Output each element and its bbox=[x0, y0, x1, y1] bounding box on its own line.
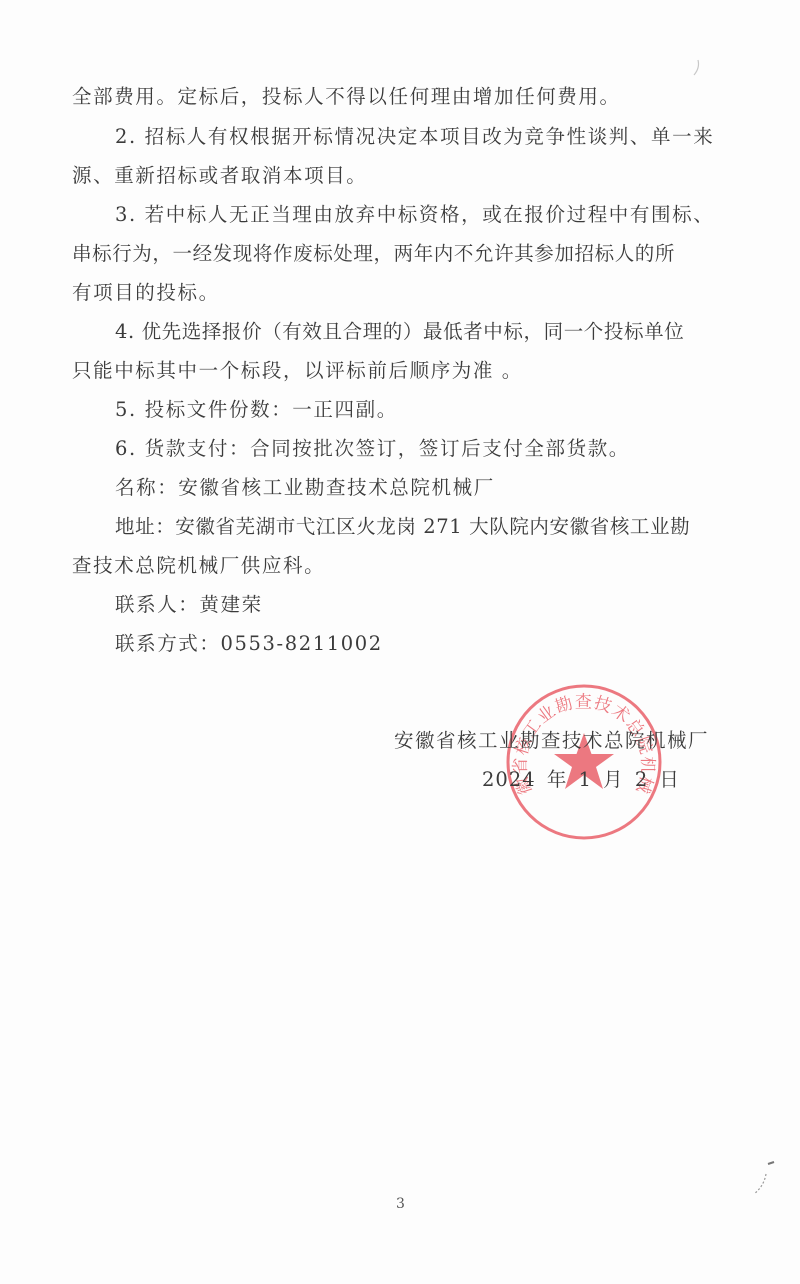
signature-date: 2024 年 1 月 2 日 bbox=[482, 768, 680, 792]
body-line-1: 全部费用。定标后，投标人不得以任何理由增加任何费用。 bbox=[72, 85, 621, 109]
clause-4-line-1: 4. 优先选择报价（有效且合理的）最低者中标，同一个投标单位 bbox=[115, 320, 684, 344]
clause-5: 5. 投标文件份数：一正四副。 bbox=[115, 398, 398, 422]
document-page: 全部费用。定标后，投标人不得以任何理由增加任何费用。 2. 招标人有权根据开标情… bbox=[0, 0, 800, 1284]
address-line-1: 地址：安徽省芜湖市弋江区火龙岗 271 大队院内安徽省核工业勘 bbox=[115, 515, 690, 539]
contact-phone-line: 联系方式：0553-8211002 bbox=[115, 632, 383, 656]
clause-2-line-1: 2. 招标人有权根据开标情况决定本项目改为竞争性谈判、单一来 bbox=[115, 125, 714, 149]
contact-person-line: 联系人：黄建荣 bbox=[115, 593, 263, 617]
clause-2-line-2: 源、重新招标或者取消本项目。 bbox=[72, 164, 367, 188]
address-line-2: 查技术总院机械厂供应科。 bbox=[72, 554, 325, 578]
clause-3-line-3: 有项目的投标。 bbox=[72, 281, 220, 305]
clause-3-line-2: 串标行为，一经发现将作废标处理，两年内不允许其参加招标人的所 bbox=[72, 242, 675, 266]
scan-mark-top bbox=[690, 58, 702, 78]
clause-6: 6. 货款支付：合同按批次签订，签订后支付全部货款。 bbox=[115, 437, 630, 461]
clause-3-line-1: 3. 若中标人无正当理由放弃中标资格，或在报价过程中有围标、 bbox=[115, 203, 714, 227]
clause-4-line-2: 只能中标其中一个标段，以评标前后顺序为准 。 bbox=[72, 359, 523, 383]
company-name-line: 名称：安徽省核工业勘查技术总院机械厂 bbox=[115, 476, 495, 500]
page-number: 3 bbox=[396, 1196, 405, 1212]
signature-company: 安徽省核工业勘查技术总院机械厂 bbox=[394, 729, 709, 753]
official-seal-stamp: 安徽省核工业勘查技术总院机械厂 bbox=[505, 683, 663, 841]
scan-mark-bottom bbox=[750, 1160, 780, 1210]
